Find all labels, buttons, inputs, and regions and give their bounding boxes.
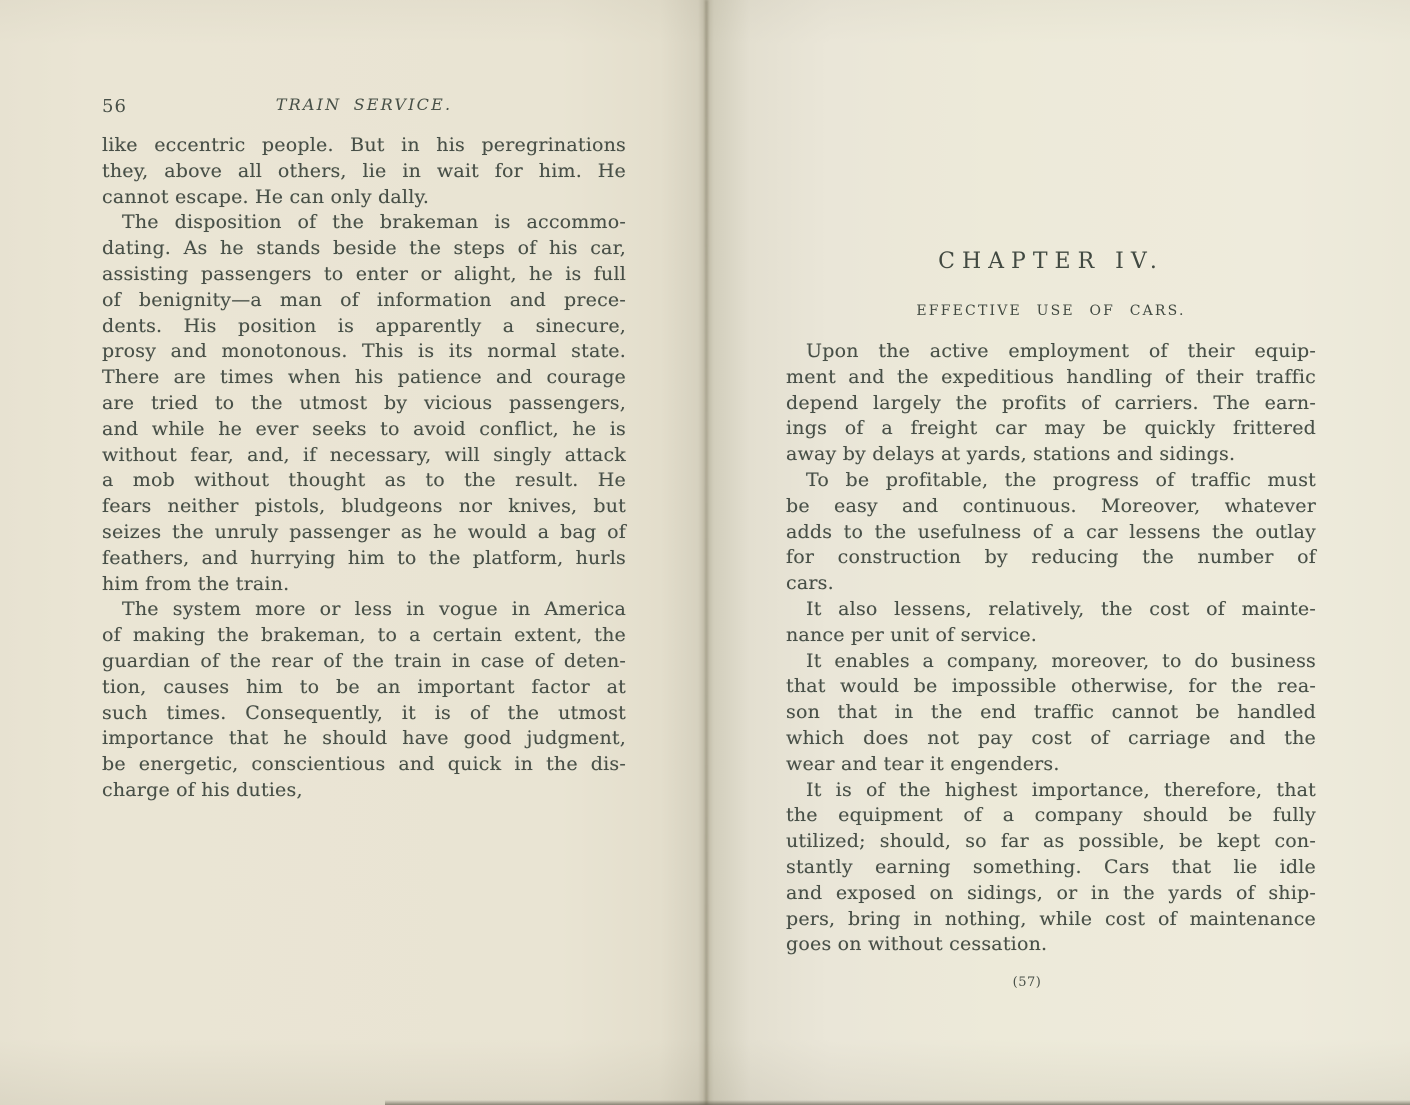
right-text-block: Upon the active employment of their equi… bbox=[786, 339, 1316, 958]
paragraph: Upon the active employment of their equi… bbox=[786, 339, 1316, 468]
chapter-subtitle: EFFECTIVE USE OF CARS. bbox=[786, 303, 1316, 319]
text-line: Upon the active employment of their equi… bbox=[786, 339, 1316, 365]
text-line: adds to the usefulness of a car lessens … bbox=[786, 520, 1316, 546]
text-line: which does not pay cost of carriage and … bbox=[786, 726, 1316, 752]
text-line: guardian of the rear of the train in cas… bbox=[102, 649, 626, 675]
text-line: It enables a company, moreover, to do bu… bbox=[786, 649, 1316, 675]
text-line: The disposition of the brakeman is accom… bbox=[102, 210, 626, 236]
text-line: be energetic, conscientious and quick in… bbox=[102, 752, 626, 778]
text-line: The system more or less in vogue in Amer… bbox=[102, 597, 626, 623]
text-line: stantly earning something. Cars that lie… bbox=[786, 855, 1316, 881]
paragraph: The disposition of the brakeman is accom… bbox=[102, 210, 626, 597]
text-line: son that in the end traffic cannot be ha… bbox=[786, 700, 1316, 726]
left-page-header: 56 TRAIN SERVICE. bbox=[102, 95, 626, 117]
paragraph: It is of the highest importance, therefo… bbox=[786, 778, 1316, 959]
text-line: of benignity—a man of information and pr… bbox=[102, 288, 626, 314]
paragraph: like eccentric people. But in his peregr… bbox=[102, 133, 626, 210]
text-line: away by delays at yards, stations and si… bbox=[786, 442, 1316, 468]
book-spread: 56 TRAIN SERVICE. like eccentric people.… bbox=[0, 0, 1410, 1105]
text-line: It also lessens, relatively, the cost of… bbox=[786, 597, 1316, 623]
text-line: for construction by reducing the number … bbox=[786, 545, 1316, 571]
text-line: There are times when his patience and co… bbox=[102, 365, 626, 391]
text-line: charge of his duties, bbox=[102, 778, 626, 804]
text-line: nance per unit of service. bbox=[786, 623, 1316, 649]
text-line: wear and tear it engenders. bbox=[786, 752, 1316, 778]
text-line: cars. bbox=[786, 571, 1316, 597]
left-page-number: 56 bbox=[102, 96, 127, 117]
text-line: goes on without cessation. bbox=[786, 932, 1316, 958]
text-line: without fear, and, if necessary, will si… bbox=[102, 443, 626, 469]
text-line: depend largely the profits of carriers. … bbox=[786, 391, 1316, 417]
text-line: utilized; should, so far as possible, be… bbox=[786, 829, 1316, 855]
text-line: they, above all others, lie in wait for … bbox=[102, 159, 626, 185]
right-page: CHAPTER IV. EFFECTIVE USE OF CARS. Upon … bbox=[705, 0, 1410, 1105]
paragraph: To be profitable, the progress of traffi… bbox=[786, 468, 1316, 597]
text-line: tion, causes him to be an important fact… bbox=[102, 675, 626, 701]
text-line: cannot escape. He can only dally. bbox=[102, 185, 626, 211]
text-line: dating. As he stands beside the steps of… bbox=[102, 236, 626, 262]
text-line: To be profitable, the progress of traffi… bbox=[786, 468, 1316, 494]
text-line: and while he ever seeks to avoid conflic… bbox=[102, 417, 626, 443]
text-line: like eccentric people. But in his peregr… bbox=[102, 133, 626, 159]
chapter-heading: CHAPTER IV. bbox=[786, 249, 1316, 274]
text-line: fears neither pistols, bludgeons nor kni… bbox=[102, 494, 626, 520]
text-line: pers, bring in nothing, while cost of ma… bbox=[786, 907, 1316, 933]
text-line: feathers, and hurrying him to the platfo… bbox=[102, 546, 626, 572]
left-page: 56 TRAIN SERVICE. like eccentric people.… bbox=[0, 0, 705, 1105]
text-line: that would be impossible otherwise, for … bbox=[786, 674, 1316, 700]
text-line: such times. Consequently, it is of the u… bbox=[102, 701, 626, 727]
text-line: seizes the unruly passenger as he would … bbox=[102, 520, 626, 546]
paragraph: It enables a company, moreover, to do bu… bbox=[786, 649, 1316, 778]
text-line: dents. His position is apparently a sine… bbox=[102, 314, 626, 340]
text-line: a mob without thought as to the result. … bbox=[102, 468, 626, 494]
paragraph: It also lessens, relatively, the cost of… bbox=[786, 597, 1316, 649]
paragraph: The system more or less in vogue in Amer… bbox=[102, 597, 626, 803]
text-line: ment and the expeditious handling of the… bbox=[786, 365, 1316, 391]
text-line: prosy and monotonous. This is its normal… bbox=[102, 339, 626, 365]
text-line: him from the train. bbox=[102, 572, 626, 598]
text-line: the equipment of a company should be ful… bbox=[786, 803, 1316, 829]
text-line: importance that he should have good judg… bbox=[102, 726, 626, 752]
running-header: TRAIN SERVICE. bbox=[102, 95, 626, 114]
right-page-number: (57) bbox=[762, 975, 1292, 990]
text-line: It is of the highest importance, therefo… bbox=[786, 778, 1316, 804]
text-line: of making the brakeman, to a certain ext… bbox=[102, 623, 626, 649]
text-line: be easy and continuous. Moreover, whatev… bbox=[786, 494, 1316, 520]
text-line: ings of a freight car may be quickly fri… bbox=[786, 416, 1316, 442]
text-line: are tried to the utmost by vicious passe… bbox=[102, 391, 626, 417]
left-text-block: like eccentric people. But in his peregr… bbox=[102, 133, 626, 804]
text-line: and exposed on sidings, or in the yards … bbox=[786, 881, 1316, 907]
text-line: assisting passengers to enter or alight,… bbox=[102, 262, 626, 288]
